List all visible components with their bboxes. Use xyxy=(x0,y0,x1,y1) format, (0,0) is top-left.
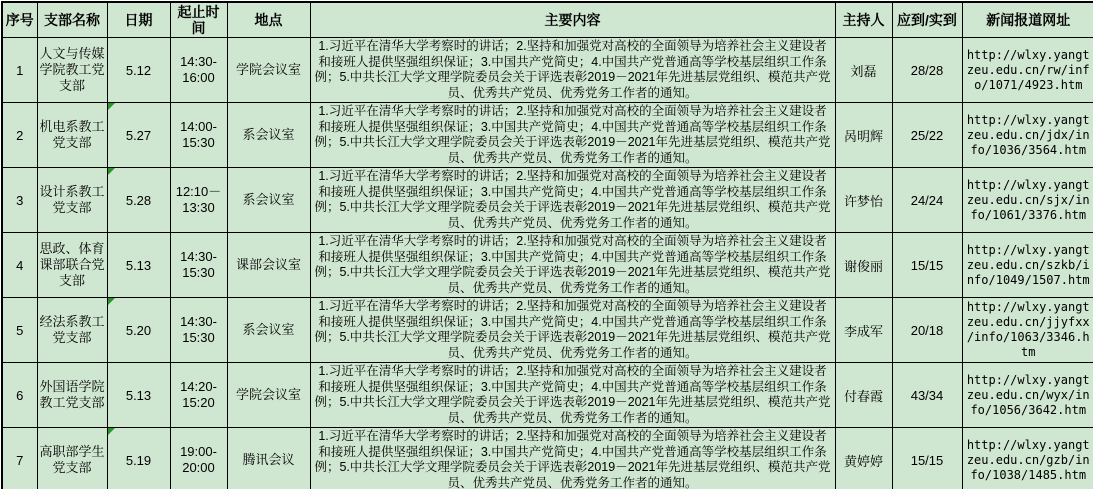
date-cell[interactable]: 5.27 xyxy=(107,103,170,168)
news-url-cell-text: http://wlxy.yangtzeu.edu.cn/sjx/info/106… xyxy=(967,178,1090,222)
attendance-cell-text: 24/24 xyxy=(911,193,944,208)
time-range-cell-text: 14:20-15:20 xyxy=(180,379,217,410)
row-index-cell-text: 7 xyxy=(16,453,23,468)
location-cell[interactable]: 学院会议室 xyxy=(227,38,310,103)
news-url-cell-text: http://wlxy.yangtzeu.edu.cn/szkb/info/10… xyxy=(967,243,1090,287)
news-url-cell[interactable]: http://wlxy.yangtzeu.edu.cn/szkb/info/10… xyxy=(962,233,1093,298)
header-row: 序号 支部名称 日期 起止时间 地点 主要内容 主持人 应到/实到 新闻报道网址 xyxy=(2,2,1093,38)
branch-name-cell-text: 机电系教工党支部 xyxy=(40,119,105,150)
location-cell-text: 系会议室 xyxy=(242,192,294,207)
time-range-cell-text: 14:30-16:00 xyxy=(180,54,217,85)
header-time-range[interactable]: 起止时间 xyxy=(170,2,227,38)
branch-name-cell[interactable]: 经法系教工党支部 xyxy=(37,298,107,363)
host-cell[interactable]: 谢俊丽 xyxy=(835,233,892,298)
main-content-cell[interactable]: 1.习近平在清华大学考察时的讲话；2.坚持和加强党对高校的全面领导为培养社会主义… xyxy=(310,168,835,233)
news-url-cell-text: http://wlxy.yangtzeu.edu.cn/jdx/info/103… xyxy=(967,113,1090,157)
host-cell[interactable]: 刘磊 xyxy=(835,38,892,103)
attendance-cell-text: 43/34 xyxy=(911,388,944,403)
header-date[interactable]: 日期 xyxy=(107,2,170,38)
row-index-cell-text: 4 xyxy=(16,258,23,273)
time-range-cell-text: 14:30-15:30 xyxy=(180,314,217,345)
location-cell-text: 系会议室 xyxy=(242,127,294,142)
row-index-cell-text: 1 xyxy=(16,63,23,78)
header-main-content[interactable]: 主要内容 xyxy=(310,2,835,38)
time-range-cell-text: 14:00-15:30 xyxy=(180,119,217,150)
location-cell[interactable]: 课部会议室 xyxy=(227,233,310,298)
header-index[interactable]: 序号 xyxy=(2,2,37,38)
table-header: 序号 支部名称 日期 起止时间 地点 主要内容 主持人 应到/实到 新闻报道网址 xyxy=(2,2,1093,38)
news-url-cell[interactable]: http://wlxy.yangtzeu.edu.cn/gzb/info/103… xyxy=(962,428,1093,489)
attendance-cell[interactable]: 20/18 xyxy=(892,298,962,363)
main-content-cell-text: 1.习近平在清华大学考察时的讲话；2.坚持和加强党对高校的全面领导为培养社会主义… xyxy=(314,364,830,425)
time-range-cell[interactable]: 12:10－13:30 xyxy=(170,168,227,233)
branch-name-cell-text: 人文与传媒学院教工党支部 xyxy=(40,46,105,93)
date-cell[interactable]: 5.13 xyxy=(107,363,170,428)
attendance-cell-text: 20/18 xyxy=(911,323,944,338)
attendance-cell-text: 15/15 xyxy=(911,258,944,273)
main-content-cell[interactable]: 1.习近平在清华大学考察时的讲话；2.坚持和加强党对高校的全面领导为培养社会主义… xyxy=(310,38,835,103)
location-cell-text: 系会议室 xyxy=(242,322,294,337)
location-cell-text: 课部会议室 xyxy=(236,257,301,272)
row-index-cell[interactable]: 7 xyxy=(2,428,37,489)
time-range-cell[interactable]: 14:20-15:20 xyxy=(170,363,227,428)
news-url-cell-text: http://wlxy.yangtzeu.edu.cn/gzb/info/103… xyxy=(967,438,1090,482)
branch-name-cell-text: 高职部学生党支部 xyxy=(40,444,105,475)
header-news-url[interactable]: 新闻报道网址 xyxy=(962,2,1093,38)
time-range-cell[interactable]: 14:30-15:30 xyxy=(170,233,227,298)
header-attendance[interactable]: 应到/实到 xyxy=(892,2,962,38)
branch-name-cell[interactable]: 思政、体育课部联合党支部 xyxy=(37,233,107,298)
host-cell[interactable]: 李成军 xyxy=(835,298,892,363)
date-cell-text: 5.13 xyxy=(126,258,151,273)
main-content-cell[interactable]: 1.习近平在清华大学考察时的讲话；2.坚持和加强党对高校的全面领导为培养社会主义… xyxy=(310,103,835,168)
location-cell-text: 学院会议室 xyxy=(236,387,301,402)
header-branch-name[interactable]: 支部名称 xyxy=(37,2,107,38)
location-cell[interactable]: 系会议室 xyxy=(227,168,310,233)
host-cell[interactable]: 呙明辉 xyxy=(835,103,892,168)
date-cell-text: 5.27 xyxy=(126,128,151,143)
location-cell-text: 腾讯会议 xyxy=(242,452,294,467)
number-stored-as-text-flag-icon xyxy=(108,103,115,110)
date-cell-text: 5.13 xyxy=(126,388,151,403)
time-range-cell[interactable]: 19:00-20:00 xyxy=(170,428,227,489)
news-url-cell-text: http://wlxy.yangtzeu.edu.cn/rw/info/1071… xyxy=(967,48,1090,92)
branch-name-cell[interactable]: 机电系教工党支部 xyxy=(37,103,107,168)
table-body: 1人文与传媒学院教工党支部5.1214:30-16:00学院会议室1.习近平在清… xyxy=(2,38,1093,489)
attendance-cell-text: 25/22 xyxy=(911,128,944,143)
host-cell[interactable]: 黄婷婷 xyxy=(835,428,892,489)
branch-name-cell[interactable]: 人文与传媒学院教工党支部 xyxy=(37,38,107,103)
attendance-cell[interactable]: 24/24 xyxy=(892,168,962,233)
location-cell[interactable]: 系会议室 xyxy=(227,103,310,168)
main-content-cell[interactable]: 1.习近平在清华大学考察时的讲话；2.坚持和加强党对高校的全面领导为培养社会主义… xyxy=(310,298,835,363)
attendance-cell[interactable]: 15/15 xyxy=(892,428,962,489)
news-url-cell[interactable]: http://wlxy.yangtzeu.edu.cn/rw/info/1071… xyxy=(962,38,1093,103)
news-url-cell[interactable]: http://wlxy.yangtzeu.edu.cn/jjyfxx/info/… xyxy=(962,298,1093,363)
table-row: 3设计系教工党支部5.2812:10－13:30系会议室1.习近平在清华大学考察… xyxy=(2,168,1093,233)
time-range-cell[interactable]: 14:30-16:00 xyxy=(170,38,227,103)
row-index-cell[interactable]: 2 xyxy=(2,103,37,168)
table-row: 7高职部学生党支部5.1919:00-20:00腾讯会议1.习近平在清华大学考察… xyxy=(2,428,1093,489)
branch-name-cell-text: 外国语学院教工党支部 xyxy=(40,379,105,410)
row-index-cell[interactable]: 4 xyxy=(2,233,37,298)
location-cell[interactable]: 学院会议室 xyxy=(227,363,310,428)
date-cell[interactable]: 5.20 xyxy=(107,298,170,363)
host-cell[interactable]: 付春霞 xyxy=(835,363,892,428)
branch-name-cell-text: 经法系教工党支部 xyxy=(40,314,105,345)
host-cell-text: 许梦怡 xyxy=(844,194,883,209)
row-index-cell[interactable]: 5 xyxy=(2,298,37,363)
date-cell-text: 5.19 xyxy=(126,453,151,468)
main-content-cell[interactable]: 1.习近平在清华大学考察时的讲话；2.坚持和加强党对高校的全面领导为培养社会主义… xyxy=(310,233,835,298)
branch-name-cell[interactable]: 高职部学生党支部 xyxy=(37,428,107,489)
date-cell-text: 5.28 xyxy=(126,193,151,208)
row-index-cell-text: 3 xyxy=(16,193,23,208)
news-url-cell-text: http://wlxy.yangtzeu.edu.cn/jjyfxx/info/… xyxy=(967,300,1090,359)
attendance-cell[interactable]: 15/15 xyxy=(892,233,962,298)
main-content-cell[interactable]: 1.习近平在清华大学考察时的讲话；2.坚持和加强党对高校的全面领导为培养社会主义… xyxy=(310,363,835,428)
time-range-cell[interactable]: 14:00-15:30 xyxy=(170,103,227,168)
host-cell-text: 李成军 xyxy=(844,324,883,339)
table-row: 6外国语学院教工党支部5.1314:20-15:20学院会议室1.习近平在清华大… xyxy=(2,363,1093,428)
main-content-cell-text: 1.习近平在清华大学考察时的讲话；2.坚持和加强党对高校的全面领导为培养社会主义… xyxy=(314,104,830,165)
date-cell-text: 5.20 xyxy=(126,323,151,338)
table-row: 1人文与传媒学院教工党支部5.1214:30-16:00学院会议室1.习近平在清… xyxy=(2,38,1093,103)
number-stored-as-text-flag-icon xyxy=(108,298,115,305)
date-cell[interactable]: 5.19 xyxy=(107,428,170,489)
location-cell[interactable]: 系会议室 xyxy=(227,298,310,363)
time-range-cell[interactable]: 14:30-15:30 xyxy=(170,298,227,363)
row-index-cell-text: 2 xyxy=(16,128,23,143)
attendance-cell[interactable]: 25/22 xyxy=(892,103,962,168)
date-cell-text: 5.12 xyxy=(126,63,151,78)
main-content-cell-text: 1.习近平在清华大学考察时的讲话；2.坚持和加强党对高校的全面领导为培养社会主义… xyxy=(314,39,830,100)
host-cell[interactable]: 许梦怡 xyxy=(835,168,892,233)
branch-name-cell-text: 思政、体育课部联合党支部 xyxy=(40,241,105,288)
time-range-cell-text: 14:30-15:30 xyxy=(180,249,217,280)
row-index-cell-text: 5 xyxy=(16,323,23,338)
main-content-cell-text: 1.习近平在清华大学考察时的讲话；2.坚持和加强党对高校的全面领导为培养社会主义… xyxy=(314,169,830,230)
host-cell-text: 黄婷婷 xyxy=(844,454,883,469)
location-cell-text: 学院会议室 xyxy=(236,62,301,77)
table-row: 4思政、体育课部联合党支部5.1314:30-15:30课部会议室1.习近平在清… xyxy=(2,233,1093,298)
spreadsheet-table-view: 序号 支部名称 日期 起止时间 地点 主要内容 主持人 应到/实到 新闻报道网址… xyxy=(0,0,1093,489)
news-url-cell[interactable]: http://wlxy.yangtzeu.edu.cn/wyx/info/105… xyxy=(962,363,1093,428)
main-content-cell-text: 1.习近平在清华大学考察时的讲话；2.坚持和加强党对高校的全面领导为培养社会主义… xyxy=(314,429,830,489)
date-cell[interactable]: 5.28 xyxy=(107,168,170,233)
time-range-cell-text: 19:00-20:00 xyxy=(180,444,217,475)
date-cell[interactable]: 5.12 xyxy=(107,38,170,103)
attendance-cell[interactable]: 43/34 xyxy=(892,363,962,428)
attendance-cell-text: 15/15 xyxy=(911,453,944,468)
time-range-cell-text: 12:10－13:30 xyxy=(176,184,222,215)
party-branch-meetings-table: 序号 支部名称 日期 起止时间 地点 主要内容 主持人 应到/实到 新闻报道网址… xyxy=(1,1,1093,489)
branch-name-cell[interactable]: 外国语学院教工党支部 xyxy=(37,363,107,428)
row-index-cell-text: 6 xyxy=(16,388,23,403)
date-cell[interactable]: 5.13 xyxy=(107,233,170,298)
news-url-cell[interactable]: http://wlxy.yangtzeu.edu.cn/jdx/info/103… xyxy=(962,103,1093,168)
location-cell[interactable]: 腾讯会议 xyxy=(227,428,310,489)
row-index-cell[interactable]: 3 xyxy=(2,168,37,233)
branch-name-cell-text: 设计系教工党支部 xyxy=(40,184,105,215)
main-content-cell-text: 1.习近平在清华大学考察时的讲话；2.坚持和加强党对高校的全面领导为培养社会主义… xyxy=(314,299,830,360)
table-row: 5经法系教工党支部5.2014:30-15:30系会议室1.习近平在清华大学考察… xyxy=(2,298,1093,363)
news-url-cell-text: http://wlxy.yangtzeu.edu.cn/wyx/info/105… xyxy=(967,373,1090,417)
host-cell-text: 付春霞 xyxy=(844,389,883,404)
attendance-cell[interactable]: 28/28 xyxy=(892,38,962,103)
number-stored-as-text-flag-icon xyxy=(108,168,115,175)
table-row: 2机电系教工党支部5.2714:00-15:30系会议室1.习近平在清华大学考察… xyxy=(2,103,1093,168)
branch-name-cell[interactable]: 设计系教工党支部 xyxy=(37,168,107,233)
host-cell-text: 呙明辉 xyxy=(844,129,883,144)
number-stored-as-text-flag-icon xyxy=(108,428,115,435)
header-host[interactable]: 主持人 xyxy=(835,2,892,38)
news-url-cell[interactable]: http://wlxy.yangtzeu.edu.cn/sjx/info/106… xyxy=(962,168,1093,233)
header-location[interactable]: 地点 xyxy=(227,2,310,38)
host-cell-text: 刘磊 xyxy=(850,64,876,79)
main-content-cell-text: 1.习近平在清华大学考察时的讲话；2.坚持和加强党对高校的全面领导为培养社会主义… xyxy=(314,234,830,295)
attendance-cell-text: 28/28 xyxy=(911,63,944,78)
row-index-cell[interactable]: 6 xyxy=(2,363,37,428)
main-content-cell[interactable]: 1.习近平在清华大学考察时的讲话；2.坚持和加强党对高校的全面领导为培养社会主义… xyxy=(310,428,835,489)
host-cell-text: 谢俊丽 xyxy=(844,259,883,274)
row-index-cell[interactable]: 1 xyxy=(2,38,37,103)
